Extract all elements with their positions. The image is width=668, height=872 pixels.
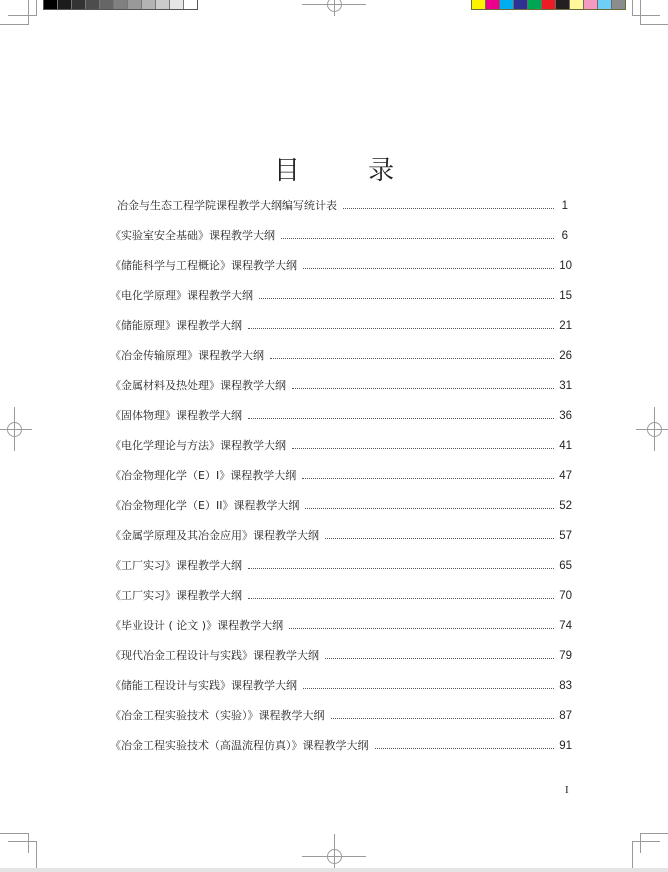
toc-entry-page-number: 47 <box>554 470 572 482</box>
dot-leader <box>303 267 554 269</box>
gray-swatch <box>58 0 72 9</box>
toc-entry-page-number: 79 <box>554 650 572 662</box>
toc-entry-page-number: 6 <box>554 230 572 242</box>
crop-mark <box>0 833 29 834</box>
dot-leader <box>303 687 554 689</box>
toc-entry-page-number: 41 <box>554 440 572 452</box>
toc-entry-page-number: 74 <box>554 620 572 632</box>
toc-entry[interactable]: 《冶金工程实验技术（高温流程仿真）》课程教学大纲91 <box>110 737 572 767</box>
page-title: 目 录 <box>0 150 668 187</box>
toc-entry-title: 《现代冶金工程设计与实践》课程教学大纲 <box>110 647 325 663</box>
toc-entry-title: 《金属材料及热处理》课程教学大纲 <box>110 377 292 393</box>
toc-entry-page-number: 65 <box>554 560 572 572</box>
color-swatch <box>570 0 584 9</box>
toc-entry-title: 《储能原理》课程教学大纲 <box>110 317 248 333</box>
crop-mark <box>8 841 37 842</box>
page-edge <box>0 868 668 872</box>
toc-entry[interactable]: 《工厂实习》课程教学大纲65 <box>110 557 572 587</box>
color-swatch <box>598 0 612 9</box>
dot-leader <box>259 297 554 299</box>
toc-entry-title: 《毕业设计 ( 论文 )》课程教学大纲 <box>110 617 289 633</box>
table-of-contents: 冶金与生态工程学院课程教学大纲编写统计表1《实验室安全基础》课程教学大纲6《储能… <box>110 197 572 767</box>
toc-entry[interactable]: 《储能工程设计与实践》课程教学大纲83 <box>110 677 572 707</box>
toc-entry[interactable]: 冶金与生态工程学院课程教学大纲编写统计表1 <box>110 197 572 227</box>
registration-target-top <box>324 0 344 14</box>
crop-mark <box>0 24 29 25</box>
toc-entry[interactable]: 《金属材料及热处理》课程教学大纲31 <box>110 377 572 407</box>
toc-entry-page-number: 52 <box>554 500 572 512</box>
gray-swatch <box>184 0 197 9</box>
toc-entry-title: 《实验室安全基础》课程教学大纲 <box>110 227 281 243</box>
gray-swatch <box>72 0 86 9</box>
gray-swatch <box>100 0 114 9</box>
toc-entry-title: 《固体物理》课程教学大纲 <box>110 407 248 423</box>
toc-entry-page-number: 91 <box>554 740 572 752</box>
toc-entry-page-number: 57 <box>554 530 572 542</box>
dot-leader <box>302 477 554 479</box>
crop-mark <box>640 833 641 853</box>
toc-entry[interactable]: 《电化学理论与方法》课程教学大纲41 <box>110 437 572 467</box>
color-swatch <box>472 0 486 9</box>
color-swatch <box>556 0 570 9</box>
toc-entry-title: 《冶金工程实验技术（实验）》课程教学大纲 <box>110 707 331 723</box>
dot-leader <box>292 387 554 389</box>
page-number-folio: I <box>565 784 569 796</box>
gray-swatch <box>86 0 100 9</box>
crop-mark <box>640 833 668 834</box>
toc-entry-title: 《储能科学与工程概论》课程教学大纲 <box>110 257 303 273</box>
dot-leader <box>325 537 554 539</box>
crop-mark <box>36 841 37 869</box>
toc-entry-page-number: 83 <box>554 680 572 692</box>
color-swatch <box>584 0 598 9</box>
toc-entry[interactable]: 《现代冶金工程设计与实践》课程教学大纲79 <box>110 647 572 677</box>
toc-entry-title: 《工厂实习》课程教学大纲 <box>110 557 248 573</box>
color-swatch <box>486 0 500 9</box>
crop-mark <box>36 0 37 16</box>
toc-entry[interactable]: 《金属学原理及其冶金应用》课程教学大纲57 <box>110 527 572 557</box>
color-swatch <box>612 0 625 9</box>
crop-mark <box>8 15 37 16</box>
toc-entry-title: 《储能工程设计与实践》课程教学大纲 <box>110 677 303 693</box>
toc-entry[interactable]: 《实验室安全基础》课程教学大纲6 <box>110 227 572 257</box>
toc-entry-title: 《电化学理论与方法》课程教学大纲 <box>110 437 292 453</box>
toc-entry-page-number: 10 <box>554 260 572 272</box>
toc-entry[interactable]: 《毕业设计 ( 论文 )》课程教学大纲74 <box>110 617 572 647</box>
grayscale-calibration-bar <box>43 0 198 10</box>
toc-entry-title: 《冶金物理化学（E）II》课程教学大纲 <box>110 497 305 513</box>
toc-entry-page-number: 36 <box>554 410 572 422</box>
dot-leader <box>248 567 554 569</box>
color-swatch <box>542 0 556 9</box>
color-calibration-bar <box>471 0 626 10</box>
crop-mark <box>632 15 660 16</box>
toc-entry-page-number: 1 <box>554 200 572 212</box>
toc-entry[interactable]: 《电化学原理》课程教学大纲15 <box>110 287 572 317</box>
toc-entry-page-number: 26 <box>554 350 572 362</box>
toc-entry-title: 《冶金传输原理》课程教学大纲 <box>110 347 270 363</box>
dot-leader <box>270 357 554 359</box>
crop-mark <box>632 0 633 16</box>
toc-entry-page-number: 31 <box>554 380 572 392</box>
dot-leader <box>248 327 554 329</box>
dot-leader <box>281 237 554 239</box>
toc-entry-title: 《工厂实习》课程教学大纲 <box>110 587 248 603</box>
toc-entry[interactable]: 《冶金物理化学（E）I》课程教学大纲47 <box>110 467 572 497</box>
toc-entry[interactable]: 《冶金传输原理》课程教学大纲26 <box>110 347 572 377</box>
toc-entry-title: 《冶金物理化学（E）I》课程教学大纲 <box>110 467 302 483</box>
crop-mark <box>28 0 29 25</box>
toc-entry[interactable]: 《冶金工程实验技术（实验）》课程教学大纲87 <box>110 707 572 737</box>
gray-swatch <box>114 0 128 9</box>
toc-entry[interactable]: 《储能科学与工程概论》课程教学大纲10 <box>110 257 572 287</box>
crop-mark <box>640 24 668 25</box>
dot-leader <box>305 507 554 509</box>
dot-leader <box>292 447 554 449</box>
crop-mark <box>632 841 633 869</box>
toc-entry-title: 冶金与生态工程学院课程教学大纲编写统计表 <box>110 197 343 213</box>
dot-leader <box>325 657 554 659</box>
toc-entry-page-number: 87 <box>554 710 572 722</box>
color-swatch <box>528 0 542 9</box>
toc-entry-title: 《电化学原理》课程教学大纲 <box>110 287 259 303</box>
toc-entry[interactable]: 《冶金物理化学（E）II》课程教学大纲52 <box>110 497 572 527</box>
toc-entry[interactable]: 《固体物理》课程教学大纲36 <box>110 407 572 437</box>
dot-leader <box>343 207 554 209</box>
color-swatch <box>514 0 528 9</box>
registration-target-right <box>644 419 664 439</box>
toc-entry[interactable]: 《储能原理》课程教学大纲21 <box>110 317 572 347</box>
gray-swatch <box>44 0 58 9</box>
toc-entry[interactable]: 《工厂实习》课程教学大纲70 <box>110 587 572 617</box>
color-swatch <box>500 0 514 9</box>
crop-mark <box>28 833 29 853</box>
crop-mark <box>640 0 641 25</box>
dot-leader <box>375 747 555 749</box>
crop-mark <box>632 841 660 842</box>
gray-swatch <box>156 0 170 9</box>
registration-target-left <box>4 419 24 439</box>
toc-entry-page-number: 21 <box>554 320 572 332</box>
dot-leader <box>289 627 554 629</box>
gray-swatch <box>128 0 142 9</box>
toc-entry-title: 《冶金工程实验技术（高温流程仿真）》课程教学大纲 <box>110 737 375 753</box>
registration-target-bottom <box>324 846 344 866</box>
toc-entry-page-number: 70 <box>554 590 572 602</box>
toc-entry-page-number: 15 <box>554 290 572 302</box>
dot-leader <box>331 717 555 719</box>
gray-swatch <box>142 0 156 9</box>
gray-swatch <box>170 0 184 9</box>
dot-leader <box>248 597 554 599</box>
toc-entry-title: 《金属学原理及其冶金应用》课程教学大纲 <box>110 527 325 543</box>
dot-leader <box>248 417 554 419</box>
